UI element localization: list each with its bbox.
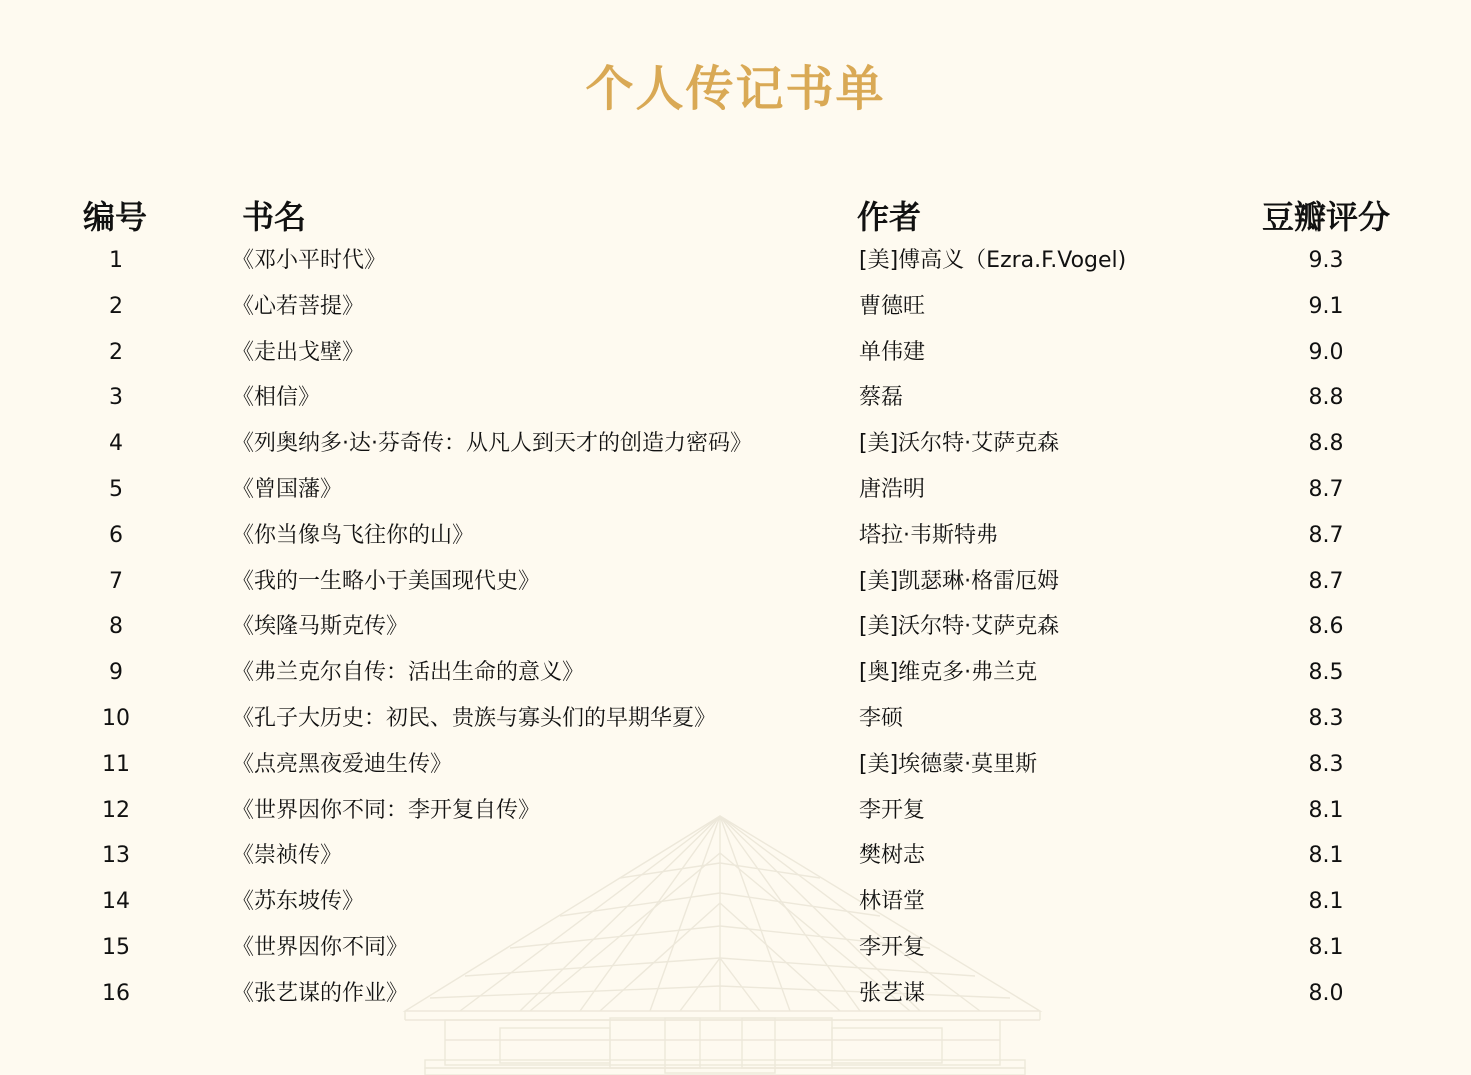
row-author: 单伟建 [859,330,925,375]
row-title: 《埃隆马斯克传》 [232,604,408,649]
row-title: 《相信》 [232,375,320,420]
row-rating: 9.3 [1286,238,1366,283]
row-number: 2 [76,330,156,375]
row-title: 《点亮黑夜爱迪生传》 [232,742,452,787]
table-row: 16 《张艺谋的作业》 张艺谋 8.0 [0,971,1471,1017]
row-rating: 8.3 [1286,742,1366,787]
row-number: 3 [76,375,156,420]
row-title: 《孔子大历史：初民、贵族与寡头们的早期华夏》 [232,696,716,741]
row-author: 李开复 [859,788,925,833]
row-rating: 8.7 [1286,513,1366,558]
row-number: 12 [76,788,156,833]
table-row: 14 《苏东坡传》 林语堂 8.1 [0,879,1471,925]
row-author: [美]傅高义（Ezra.F.Vogel) [859,238,1126,283]
row-title: 《苏东坡传》 [232,879,364,924]
table-row: 11 《点亮黑夜爱迪生传》 [美]埃德蒙·莫里斯 8.3 [0,742,1471,788]
row-rating: 8.1 [1286,833,1366,878]
table-row: 2 《心若菩提》 曹德旺 9.1 [0,284,1471,330]
header-number: 编号 [83,192,147,238]
table-row: 9 《弗兰克尔自传：活出生命的意义》 [奥]维克多·弗兰克 8.5 [0,650,1471,696]
table-row: 15 《世界因你不同》 李开复 8.1 [0,925,1471,971]
row-author: [美]埃德蒙·莫里斯 [859,742,1037,787]
header-author: 作者 [857,192,921,238]
header-rating: 豆瓣评分 [1262,192,1390,238]
row-number: 11 [76,742,156,787]
table-body: 1 《邓小平时代》 [美]傅高义（Ezra.F.Vogel) 9.3 2 《心若… [0,238,1471,1017]
row-title: 《弗兰克尔自传：活出生命的意义》 [232,650,584,695]
row-author: 张艺谋 [859,971,925,1016]
header-title: 书名 [242,192,306,238]
row-rating: 8.7 [1286,559,1366,604]
row-rating: 8.8 [1286,375,1366,420]
row-rating: 8.7 [1286,467,1366,512]
row-author: 曹德旺 [859,284,925,329]
row-author: 樊树志 [859,833,925,878]
table-row: 8 《埃隆马斯克传》 [美]沃尔特·艾萨克森 8.6 [0,604,1471,650]
table-row: 6 《你当像鸟飞往你的山》 塔拉·韦斯特弗 8.7 [0,513,1471,559]
table-row: 4 《列奥纳多·达·芬奇传：从凡人到天才的创造力密码》 [美]沃尔特·艾萨克森 … [0,421,1471,467]
row-title: 《列奥纳多·达·芬奇传：从凡人到天才的创造力密码》 [232,421,752,466]
row-number: 10 [76,696,156,741]
table-row: 10 《孔子大历史：初民、贵族与寡头们的早期华夏》 李硕 8.3 [0,696,1471,742]
table-row: 13 《崇祯传》 樊树志 8.1 [0,833,1471,879]
row-number: 5 [76,467,156,512]
row-number: 4 [76,421,156,466]
row-title: 《世界因你不同：李开复自传》 [232,788,540,833]
row-author: [奥]维克多·弗兰克 [859,650,1037,695]
row-number: 6 [76,513,156,558]
row-title: 《我的一生略小于美国现代史》 [232,559,540,604]
row-rating: 8.1 [1286,788,1366,833]
row-title: 《崇祯传》 [232,833,342,878]
book-list-table: 编号 书名 作者 豆瓣评分 1 《邓小平时代》 [美]傅高义（Ezra.F.Vo… [0,188,1471,1017]
row-rating: 8.1 [1286,925,1366,970]
row-author: 李硕 [859,696,903,741]
row-number: 8 [76,604,156,649]
row-title: 《邓小平时代》 [232,238,386,283]
row-author: 塔拉·韦斯特弗 [859,513,998,558]
table-row: 3 《相信》 蔡磊 8.8 [0,375,1471,421]
row-author: [美]沃尔特·艾萨克森 [859,604,1059,649]
row-number: 2 [76,284,156,329]
row-title: 《你当像鸟飞往你的山》 [232,513,474,558]
row-rating: 8.0 [1286,971,1366,1016]
row-rating: 8.3 [1286,696,1366,741]
table-row: 2 《走出戈壁》 单伟建 9.0 [0,330,1471,376]
table-header: 编号 书名 作者 豆瓣评分 [0,188,1471,238]
row-author: [美]沃尔特·艾萨克森 [859,421,1059,466]
row-author: [美]凯瑟琳·格雷厄姆 [859,559,1059,604]
row-author: 林语堂 [859,879,925,924]
row-rating: 9.0 [1286,330,1366,375]
table-row: 7 《我的一生略小于美国现代史》 [美]凯瑟琳·格雷厄姆 8.7 [0,559,1471,605]
row-number: 9 [76,650,156,695]
row-rating: 8.6 [1286,604,1366,649]
row-rating: 8.5 [1286,650,1366,695]
row-number: 14 [76,879,156,924]
row-number: 15 [76,925,156,970]
row-author: 蔡磊 [859,375,903,420]
row-number: 16 [76,971,156,1016]
row-author: 唐浩明 [859,467,925,512]
row-author: 李开复 [859,925,925,970]
row-title: 《曾国藩》 [232,467,342,512]
row-title: 《张艺谋的作业》 [232,971,408,1016]
table-row: 5 《曾国藩》 唐浩明 8.7 [0,467,1471,513]
page-title: 个人传记书单 [0,50,1471,119]
table-row: 12 《世界因你不同：李开复自传》 李开复 8.1 [0,788,1471,834]
row-title: 《走出戈壁》 [232,330,364,375]
row-title: 《心若菩提》 [232,284,364,329]
row-number: 1 [76,238,156,283]
row-rating: 8.8 [1286,421,1366,466]
row-number: 13 [76,833,156,878]
row-number: 7 [76,559,156,604]
table-row: 1 《邓小平时代》 [美]傅高义（Ezra.F.Vogel) 9.3 [0,238,1471,284]
row-rating: 9.1 [1286,284,1366,329]
row-title: 《世界因你不同》 [232,925,408,970]
row-rating: 8.1 [1286,879,1366,924]
